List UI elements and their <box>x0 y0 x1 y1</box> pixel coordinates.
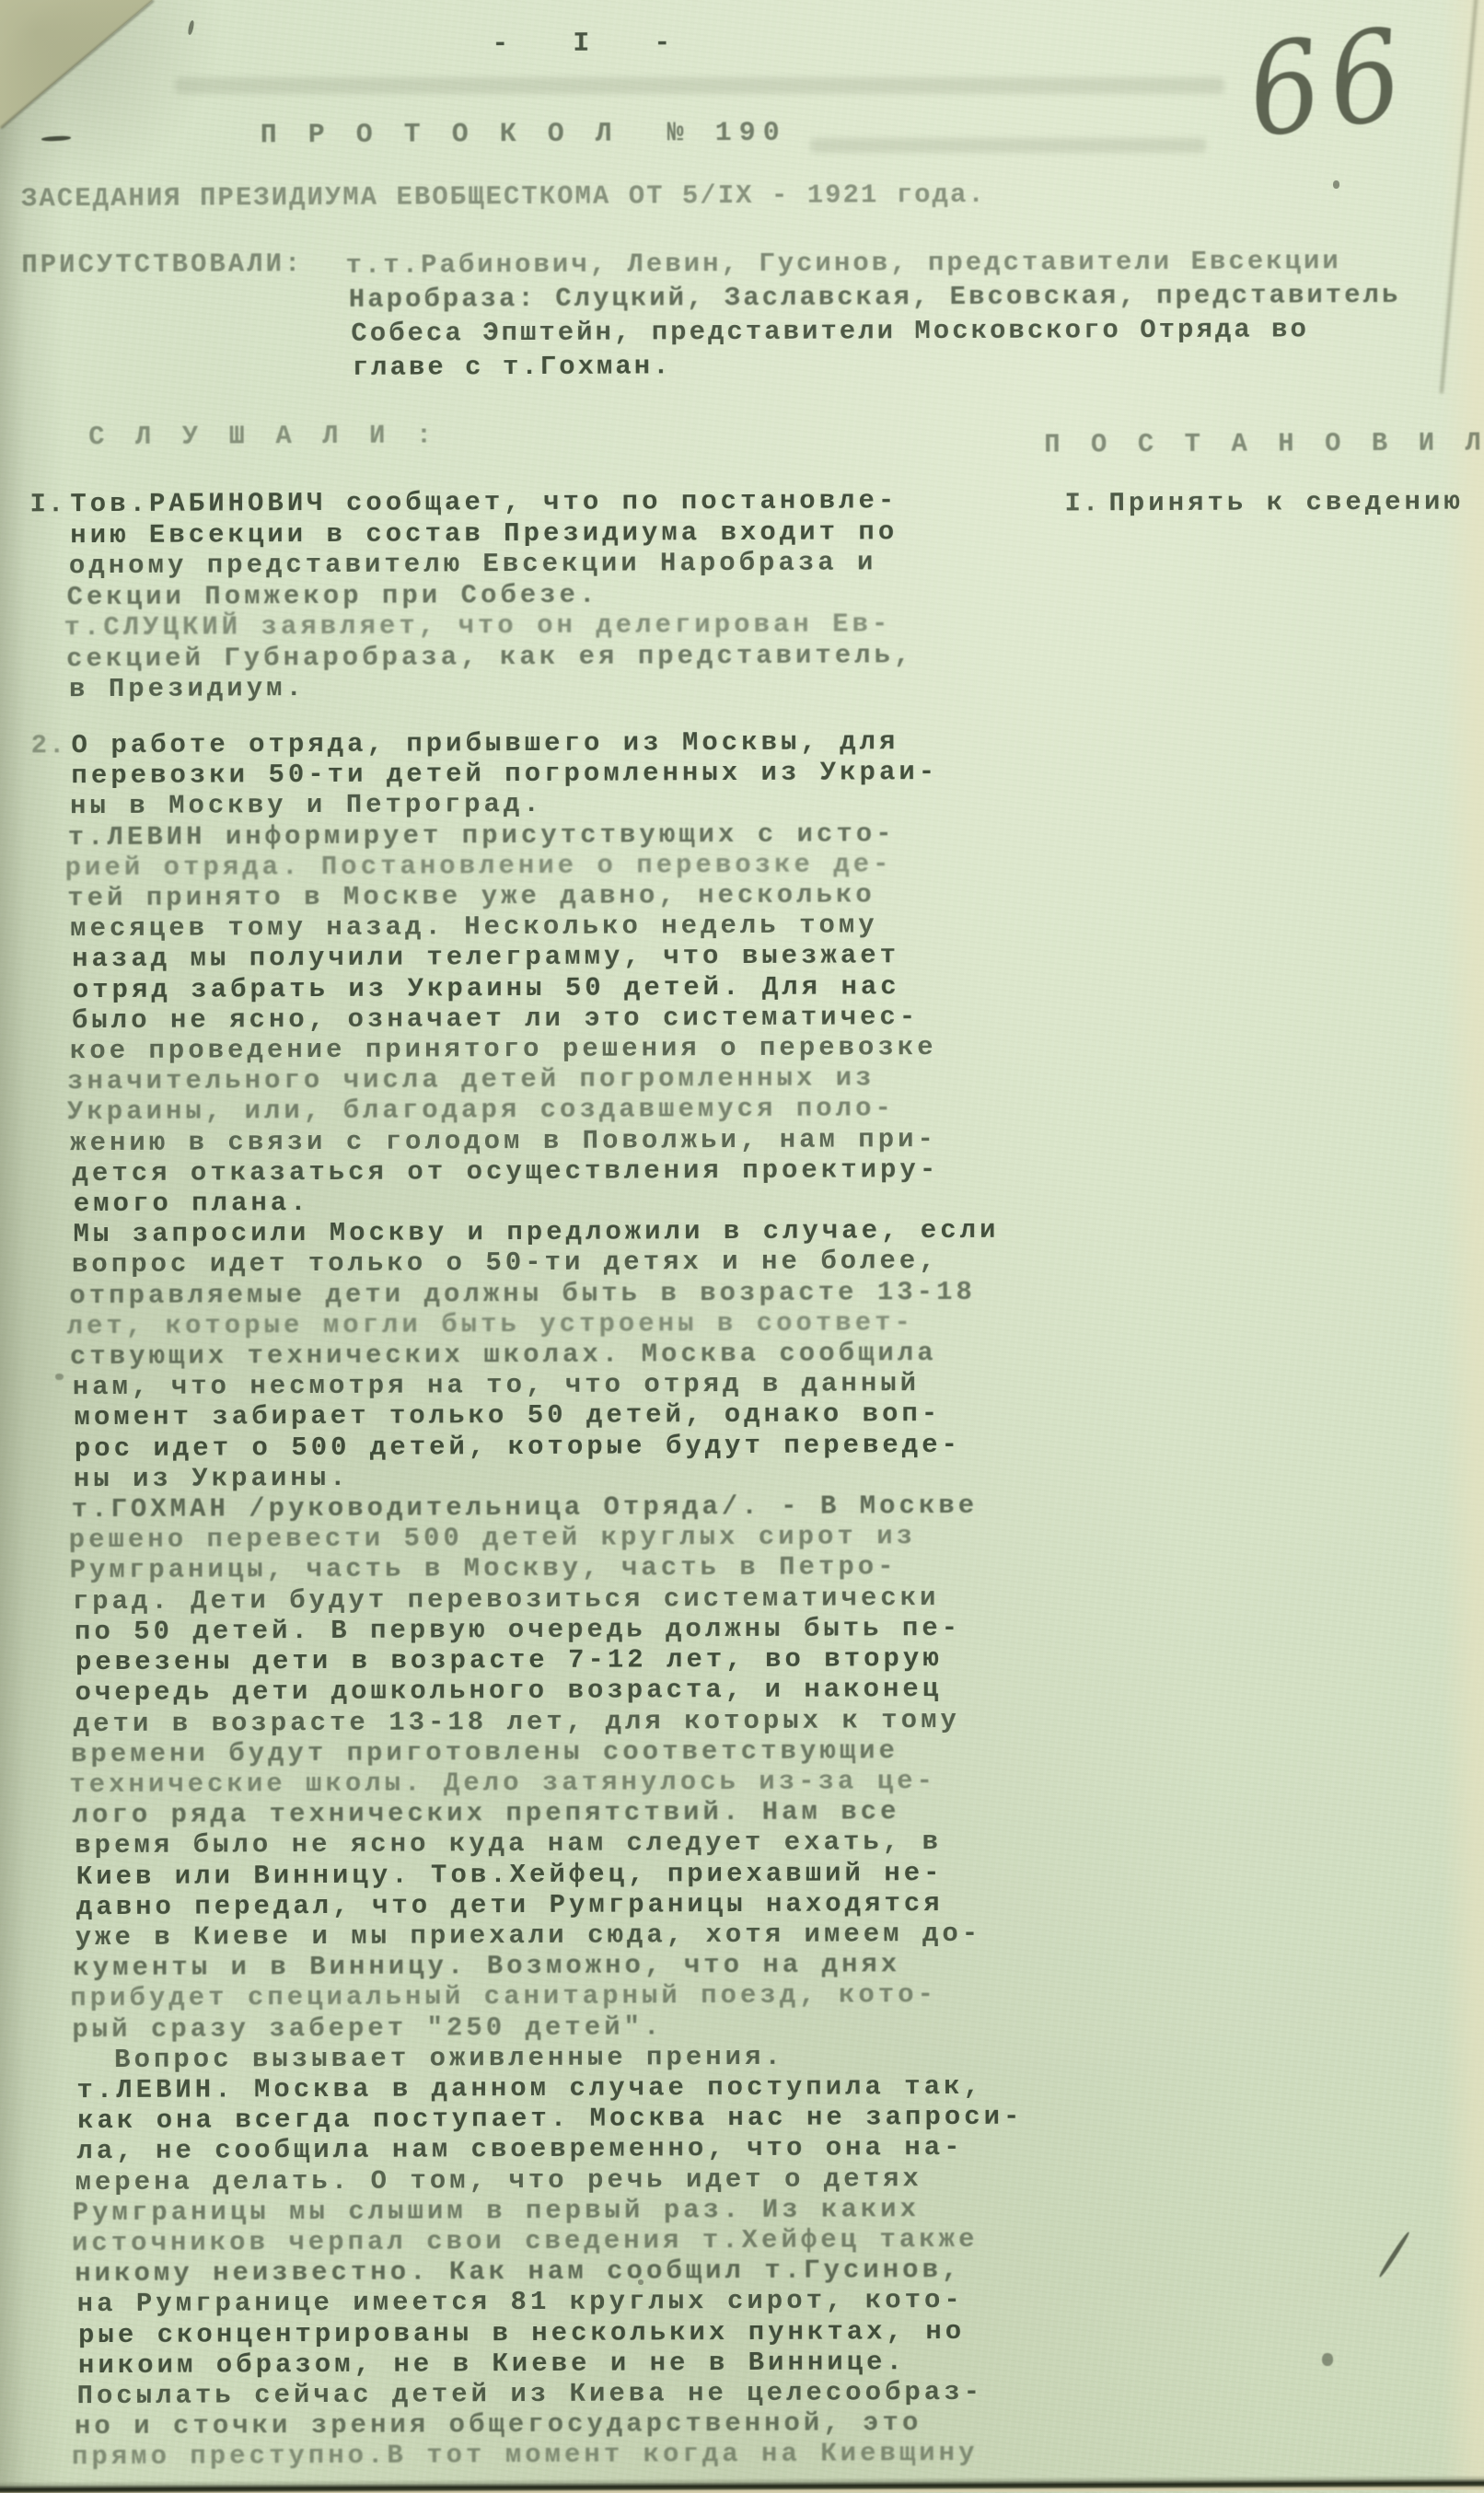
text-line: Киев или Винницу. Тов.Хейфец, приехавший… <box>76 1857 1023 1892</box>
attendees-label: ПРИСУТСТВОВАЛИ: <box>21 249 303 280</box>
text-line: Украины, или, благодаря создавшемуся пол… <box>67 1093 1019 1128</box>
text-line: прибудет специальный санитарный поезд, к… <box>70 1979 1023 2014</box>
text-line: кументы и в Винницу. Возможно, что на дн… <box>73 1949 1023 1984</box>
text-line: ствующих технических школах. Москва сооб… <box>70 1338 1020 1373</box>
text-line: лет, которые могли быть устроены в соотв… <box>67 1307 1020 1342</box>
text-line: нию Евсекции в состав Президиума входит … <box>70 516 913 551</box>
text-line: назад мы получили телеграмму, что выезжа… <box>72 940 1018 975</box>
text-line: Тов.РАБИНОВИЧ сообщает, что по постановл… <box>70 485 912 519</box>
text-line: Румграницы, часть в Москву, часть в Петр… <box>70 1551 1021 1586</box>
text-line: время было не ясно куда нам следует ехат… <box>75 1826 1022 1861</box>
text-line: О работе отряда, прибывшего из Москвы, д… <box>71 726 1017 761</box>
text-line: уже в Киеве и мы приехали сюда, хотя име… <box>75 1919 1023 1954</box>
text-line: ны из Украины. <box>74 1460 1021 1495</box>
text-line: ла, не сообщила нам своевременно, что он… <box>76 2132 1023 2167</box>
text-line: значительного числа детей погромленных и… <box>67 1062 1019 1097</box>
protocol-title: П Р О Т О К О Л № 190 <box>261 118 787 151</box>
text-line: очередь дети дошкольного возраста, и нак… <box>75 1674 1021 1709</box>
text-line: никоим образом, не в Киеве и не в Винниц… <box>78 2346 1025 2381</box>
column-header-resolved: П О С Т А Н О В И ЛИ <box>1044 427 1484 459</box>
text-line: рые сконцентрированы в нескольких пункта… <box>78 2315 1025 2350</box>
text-line: емого плана. <box>74 1185 1019 1220</box>
text-line: т.ГОХМАН /руководительница Отряда/. - В … <box>72 1490 1021 1525</box>
text-line: дети в возрасте 13-18 лет, для которых к… <box>74 1704 1022 1739</box>
text-line: источников черпал свои сведения т.Хейфец… <box>72 2224 1024 2259</box>
text-line: как она всегда поступает. Москва нас не … <box>77 2102 1023 2137</box>
text-line: давно передал, что дети Румграницы наход… <box>76 1887 1023 1922</box>
text-line: ны в Москву и Петроград. <box>70 787 1017 822</box>
text-line: главе с т.Гохман. <box>353 346 1401 385</box>
text-line: секцией Губнаробраза, как ея представите… <box>66 640 913 675</box>
column-header-heard: С Л У Ш А Л И : <box>88 420 439 452</box>
agenda-item-2-number: 2. <box>31 730 67 760</box>
text-line: кое проведение принятого решения о перев… <box>70 1032 1019 1067</box>
text-line: Собеса Эпштейн, представители Московског… <box>351 312 1400 351</box>
text-line: Наробраза: Слуцкий, Заславская, Евсовска… <box>349 278 1401 317</box>
text-line: жению в связи с голодом в Поволжьи, нам … <box>70 1123 1019 1158</box>
agenda-item-1-number: I. <box>29 489 65 519</box>
folio-number: 66 <box>1240 0 1419 166</box>
text-line: т.ЛЕВИН информирует присутствующих с ист… <box>68 817 1018 852</box>
text-line: было не ясно, означает ли это систематич… <box>72 1002 1018 1037</box>
resolution-1-number: I. <box>1064 488 1100 518</box>
text-line: месяцев тому назад. Несколько недель том… <box>70 910 1018 945</box>
text-line: Посылать сейчас детей из Киева не целесо… <box>76 2377 1024 2412</box>
text-line: по 50 детей. В первую очередь должны быт… <box>75 1613 1021 1648</box>
text-line: рый сразу заберет "250 детей". <box>72 2010 1023 2045</box>
text-line: никому неизвестно. Как нам сообщил т.Гус… <box>75 2255 1024 2290</box>
agenda-item-2-text: О работе отряда, прибывшего из Москвы, д… <box>68 726 1026 2473</box>
text-line: но и сточки зрения общегосударственной, … <box>75 2407 1025 2442</box>
text-line: Секции Помжекор при Собезе. <box>66 578 913 613</box>
text-line: одному представителю Евсекции Наробраза … <box>69 547 913 582</box>
agenda-item-1-text: Тов.РАБИНОВИЧ сообщает, что по постановл… <box>66 485 913 705</box>
protocol-subtitle: ЗАСЕДАНИЯ ПРЕЗИДИУМА ЕВОБЩЕСТКОМА ОТ 5/I… <box>21 180 986 215</box>
text-line: момент забирает только 50 детей, однако … <box>74 1398 1020 1433</box>
text-line: перевозки 50-ти детей погромленных из Ук… <box>71 757 1017 792</box>
text-line: прямо преступно.В тот момент когда на Ки… <box>72 2438 1025 2473</box>
text-line: решено перевести 500 детей круглых сирот… <box>69 1521 1021 1556</box>
text-line: тей принято в Москве уже давно, нескольк… <box>67 879 1018 914</box>
text-line: технические школы. Дело затянулось из-за… <box>69 1766 1022 1801</box>
page-number: - I - <box>492 28 694 60</box>
text-line: на Румгранице имеется 81 круглых сирот, … <box>77 2285 1025 2320</box>
text-line: Мы запросили Москву и предложили в случа… <box>73 1215 1019 1250</box>
text-line: дется отказаться от осуществления проект… <box>72 1154 1019 1189</box>
text-line: мерена делать. О том, что речь идет о де… <box>75 2163 1023 2197</box>
text-line: т.т.Рабинович, Левин, Гусинов, представи… <box>345 244 1400 283</box>
text-line: т.СЛУЦКИЙ заявляет, что он делегирован Е… <box>64 609 913 644</box>
text-line: вопрос идет только о 50-ти детях и не бо… <box>72 1246 1020 1281</box>
text-line: нам, что несмотря на то, что отряд в дан… <box>73 1368 1020 1403</box>
text-line: Вопрос вызывает оживленные прения. <box>75 2040 1023 2075</box>
text-line: т.ЛЕВИН. Москва в данном случае поступил… <box>76 2071 1023 2106</box>
text-line: град. Дети будут перевозиться систематич… <box>73 1582 1021 1617</box>
text-line: времени будут приготовлены соответствующ… <box>71 1734 1022 1769</box>
document-scan: 66 - I - П Р О Т О К О Л № 190 ЗАСЕДАНИЯ… <box>0 0 1484 2493</box>
typewritten-text-layer: 66 - I - П Р О Т О К О Л № 190 ЗАСЕДАНИЯ… <box>0 0 1484 2493</box>
text-line: ревезены дети в возрасте 7-12 лет, во вт… <box>75 1643 1021 1678</box>
text-line: отправляемые дети должны быть в возрасте… <box>69 1276 1019 1311</box>
text-line: в Президиум. <box>69 670 914 705</box>
text-line: лого ряда технических препятствий. Нам в… <box>73 1796 1023 1831</box>
text-line: рос идет о 500 детей, которые будут пере… <box>75 1429 1021 1464</box>
text-line: Румграницы мы слышим в первый раз. Из ка… <box>73 2193 1024 2228</box>
text-line: отряд забрать из Украины 50 детей. Для н… <box>73 970 1018 1005</box>
attendees-list: т.т.Рабинович, Левин, Гусинов, представи… <box>348 244 1400 385</box>
resolution-1-text: Принять к сведению <box>1108 487 1463 519</box>
text-line: рией отряда. Постановление о перевозке д… <box>65 849 1018 884</box>
